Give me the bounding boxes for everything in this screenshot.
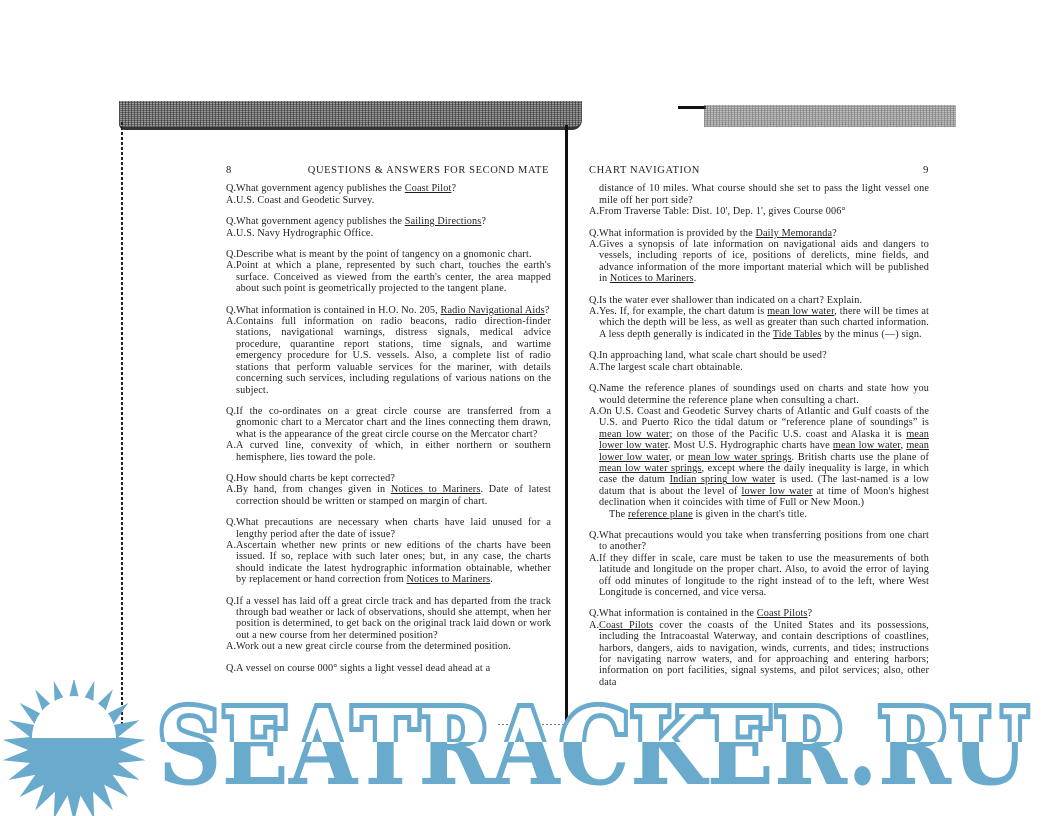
question-label: Q. <box>226 663 236 674</box>
running-head-title: CHART NAVIGATION <box>589 165 700 176</box>
answer-text: A curved line, convexity of which, in ei… <box>236 440 551 463</box>
question-text: What precautions would you take when tra… <box>599 530 929 553</box>
question-text: What government agency publishes the Sai… <box>236 216 551 227</box>
question-text: What precautions are necessary when char… <box>236 517 551 540</box>
left-page: 8 QUESTIONS & ANSWERS FOR SECOND MATE Q.… <box>226 165 551 684</box>
answer-text: U.S. Coast and Geodetic Survey. <box>236 195 551 206</box>
qa-item: Q.Name the reference planes of soundings… <box>589 383 929 520</box>
answer-text: Work out a new great circle course from … <box>236 641 551 652</box>
qa-item: Q.In approaching land, what scale chart … <box>589 350 929 373</box>
question: Q.What government agency publishes the C… <box>226 183 551 194</box>
question: Q.What information is contained in the C… <box>589 608 929 619</box>
answer-text: U.S. Navy Hydrographic Office. <box>236 228 551 239</box>
qa-item: Q.If a vessel has laid off a great circl… <box>226 596 551 653</box>
underlined-term: mean low water <box>767 306 834 317</box>
qa-list: Q.What government agency publishes the C… <box>226 183 551 674</box>
page-number: 9 <box>923 165 929 176</box>
underlined-term: Radio Navigational Aids <box>441 305 545 316</box>
question-text: What government agency publishes the Coa… <box>236 183 551 194</box>
underlined-term: Sailing Directions <box>405 216 482 227</box>
answer-label: A. <box>226 228 236 239</box>
answer-text: If they differ in scale, care must be ta… <box>599 553 929 599</box>
question: Q.Describe what is meant by the point of… <box>226 249 551 260</box>
underlined-term: Notices to Mariners <box>610 273 694 284</box>
question-text: If a vessel has laid off a great circle … <box>236 596 551 642</box>
answer-label: A. <box>589 553 599 599</box>
answer-text: Contains full information on radio beaco… <box>236 316 551 396</box>
answer-text: Coast Pilots cover the coasts of the Uni… <box>599 620 929 688</box>
answer-label: A. <box>226 195 236 206</box>
answer: A.Work out a new great circle course fro… <box>226 641 551 652</box>
answer-label: A. <box>226 641 236 652</box>
question-label: Q. <box>589 295 599 306</box>
seatracker-watermark: SEATRACKER.RU SEATRACKER.RUSEATRACKER.RU <box>0 680 1056 816</box>
question-label: Q. <box>589 228 599 239</box>
question-text: In approaching land, what scale chart sh… <box>599 350 929 361</box>
question-label: Q. <box>226 473 236 484</box>
page-edge-left <box>121 120 123 730</box>
scan-border-top-right <box>704 105 956 127</box>
question-label: Q. <box>226 596 236 642</box>
answer: A.The largest scale chart obtainable. <box>589 362 929 373</box>
underlined-term: mean low water springs <box>688 452 791 463</box>
qa-item: Q.If the co-ordinates on a great circle … <box>226 406 551 463</box>
underlined-term: Indian spring low water <box>670 474 776 485</box>
question-label: Q. <box>226 183 236 194</box>
running-head-right: CHART NAVIGATION 9 <box>589 165 929 176</box>
question-text: If the co-ordinates on a great circle co… <box>236 406 551 440</box>
underlined-term: lower low water <box>742 486 813 497</box>
answer: A.By hand, from changes given in Notices… <box>226 484 551 507</box>
qa-item: Q.What precautions would you take when t… <box>589 530 929 598</box>
question-label: Q. <box>226 517 236 540</box>
question-label: Q. <box>589 530 599 553</box>
qa-item: Q.What government agency publishes the S… <box>226 216 551 239</box>
answer-text: On U.S. Coast and Geodetic Survey charts… <box>599 406 929 509</box>
question-label: Q. <box>226 406 236 440</box>
question: Q.Name the reference planes of soundings… <box>589 383 929 406</box>
underlined-term: Notices to Mariners <box>406 574 490 585</box>
question: Q.If a vessel has laid off a great circl… <box>226 596 551 642</box>
underlined-term: Notices to Mariners <box>391 484 481 495</box>
answer-text: Ascertain whether new prints or new edit… <box>236 540 551 586</box>
qa-list: Q.What information is provided by the Da… <box>589 228 929 689</box>
underlined-term: Coast Pilots <box>599 620 653 631</box>
right-page: CHART NAVIGATION 9 distance of 10 miles.… <box>589 165 929 698</box>
answer: A.U.S. Navy Hydrographic Office. <box>226 228 551 239</box>
question-text: What information is provided by the Dail… <box>599 228 929 239</box>
underlined-term: reference plane <box>628 509 693 520</box>
answer: A.Contains full information on radio bea… <box>226 316 551 396</box>
answer-label: A. <box>589 239 599 285</box>
question: Q.In approaching land, what scale chart … <box>589 350 929 361</box>
answer-text: The largest scale chart obtainable. <box>599 362 929 373</box>
answer-text: Yes. If, for example, the chart datum is… <box>599 306 929 340</box>
question-text: Name the reference planes of soundings u… <box>599 383 929 406</box>
question: Q.What precautions are necessary when ch… <box>226 517 551 540</box>
question-label: Q. <box>589 608 599 619</box>
qa-item: Q.What information is provided by the Da… <box>589 228 929 285</box>
question: Q.If the co-ordinates on a great circle … <box>226 406 551 440</box>
question-text: Is the water ever shallower than indicat… <box>599 295 929 306</box>
question: Q.What precautions would you take when t… <box>589 530 929 553</box>
answer-label: A. <box>226 260 236 294</box>
question: Q.What information is provided by the Da… <box>589 228 929 239</box>
question-continuation: distance of 10 miles. What course should… <box>589 183 929 206</box>
answer-label: A. <box>226 540 236 586</box>
page-number: 8 <box>226 165 232 176</box>
running-head-left: 8 QUESTIONS & ANSWERS FOR SECOND MATE <box>226 165 551 176</box>
question-label: Q. <box>589 383 599 406</box>
answer-label: A. <box>589 306 599 340</box>
scan-mark <box>678 106 706 109</box>
running-head-title: QUESTIONS & ANSWERS FOR SECOND MATE <box>308 165 549 176</box>
underlined-term: mean low water <box>599 429 670 440</box>
underlined-term: Tide Tables <box>773 329 822 340</box>
answer: A.Yes. If, for example, the chart datum … <box>589 306 929 340</box>
answer: A. From Traverse Table: Dist. 10', Dep. … <box>589 206 929 217</box>
answer-text: Gives a synopsis of late information on … <box>599 239 929 285</box>
qa-item: Q.A vessel on course 000° sights a light… <box>226 663 551 674</box>
answer: A.Coast Pilots cover the coasts of the U… <box>589 620 929 688</box>
answer-label: A. <box>589 620 599 688</box>
question: Q.A vessel on course 000° sights a light… <box>226 663 551 674</box>
sun-over-horizon-icon <box>3 680 146 816</box>
answer: A.On U.S. Coast and Geodetic Survey char… <box>589 406 929 509</box>
question-text: How should charts be kept corrected? <box>236 473 551 484</box>
answer-note: The reference plane is given in the char… <box>589 509 929 520</box>
question: Q.How should charts be kept corrected? <box>226 473 551 484</box>
answer-label: A. <box>226 316 236 396</box>
qa-item: Q.What information is contained in H.O. … <box>226 305 551 396</box>
underlined-term: Coast Pilot <box>405 183 452 194</box>
qa-item: distance of 10 miles. What course should… <box>589 183 929 217</box>
book-spine-gutter <box>565 125 568 725</box>
scan-border-top-left <box>119 101 582 130</box>
qa-item: Q.What government agency publishes the C… <box>226 183 551 206</box>
qa-item: Q.What information is contained in the C… <box>589 608 929 688</box>
question-label: Q. <box>226 216 236 227</box>
answer: A.Ascertain whether new prints or new ed… <box>226 540 551 586</box>
answer-label: A. <box>589 362 599 373</box>
question: Q.What information is contained in H.O. … <box>226 305 551 316</box>
answer: A.Gives a synopsis of late information o… <box>589 239 929 285</box>
underlined-term: mean low water springs <box>599 463 702 474</box>
answer-label: A. <box>226 440 236 463</box>
question: Q.Is the water ever shallower than indic… <box>589 295 929 306</box>
answer-text: Point at which a plane, represented by s… <box>236 260 551 294</box>
qa-item: Q.What precautions are necessary when ch… <box>226 517 551 585</box>
answer-label: A. <box>589 206 599 217</box>
answer: A.If they differ in scale, care must be … <box>589 553 929 599</box>
question: Q.What government agency publishes the S… <box>226 216 551 227</box>
qa-item: Q.Is the water ever shallower than indic… <box>589 295 929 341</box>
answer: A.Point at which a plane, represented by… <box>226 260 551 294</box>
answer-label: A. <box>589 406 599 509</box>
qa-item: Q.Describe what is meant by the point of… <box>226 249 551 295</box>
question-label: Q. <box>589 350 599 361</box>
answer: A.U.S. Coast and Geodetic Survey. <box>226 195 551 206</box>
question-text: What information is contained in the Coa… <box>599 608 929 619</box>
answer: A.A curved line, convexity of which, in … <box>226 440 551 463</box>
question-label: Q. <box>226 249 236 260</box>
underlined-term: Coast Pilots <box>757 608 808 619</box>
question-text: A vessel on course 000° sights a light v… <box>236 663 551 674</box>
question-text: What information is contained in H.O. No… <box>236 305 551 316</box>
answer-text: By hand, from changes given in Notices t… <box>236 484 551 507</box>
question-text: Describe what is meant by the point of t… <box>236 249 551 260</box>
qa-item: Q.How should charts be kept corrected?A.… <box>226 473 551 507</box>
answer-label: A. <box>226 484 236 507</box>
question-label: Q. <box>226 305 236 316</box>
underlined-term: Daily Memoranda <box>755 228 832 239</box>
underlined-term: mean low water <box>833 440 901 451</box>
answer-text: From Traverse Table: Dist. 10', Dep. 1',… <box>599 206 929 217</box>
